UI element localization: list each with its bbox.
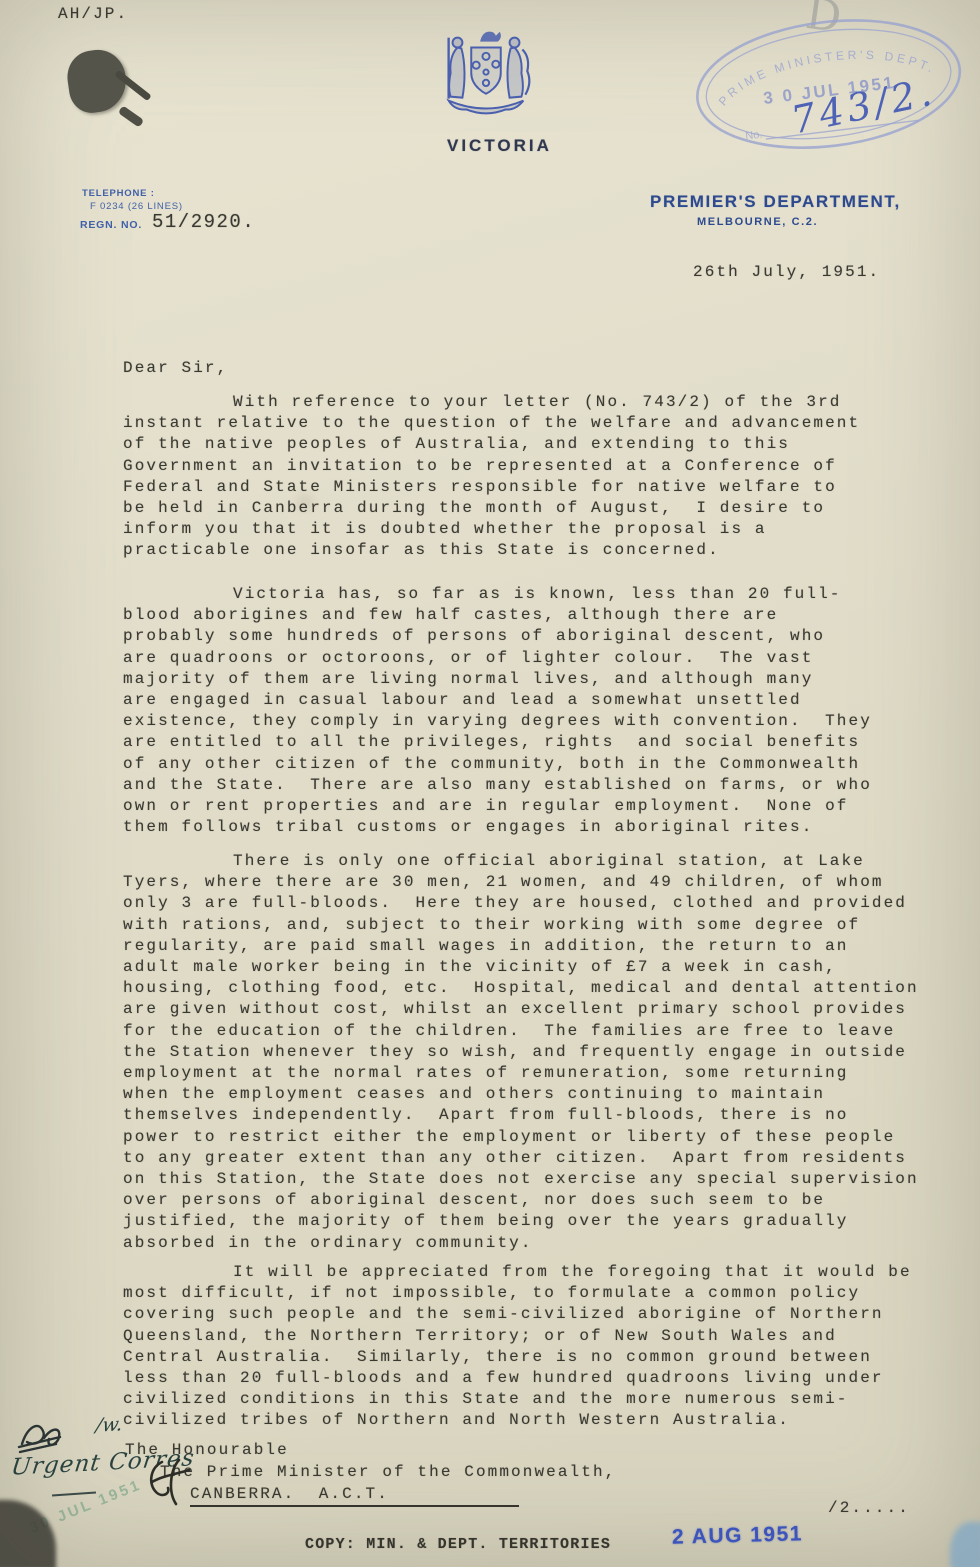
handwritten-initials: /w.	[95, 1413, 124, 1436]
addressee-prime-minister: The Prime Minister of the Commonwealth,	[160, 1462, 616, 1483]
department-city: MELBOURNE, C.2.	[697, 216, 818, 228]
paper-smudge	[300, 498, 310, 506]
corner-shadow-bottom-right	[950, 1522, 980, 1567]
copy-note: COPY: MIN. & DEPT. TERRITORIES	[305, 1536, 611, 1553]
scanned-letter-page: AH/JP. VICTORIA D	[0, 0, 980, 1567]
paragraph-3: There is only one official aboriginal st…	[123, 851, 919, 1254]
addressee-city: CANBERRA. A.C.T.	[190, 1484, 519, 1507]
department-name: PREMIER'S DEPARTMENT,	[650, 192, 901, 212]
reference-code: AH/JP.	[58, 4, 128, 25]
paragraph-1: With reference to your letter (No. 743/2…	[123, 392, 860, 562]
victoria-coat-of-arms-icon	[427, 26, 545, 133]
paper-tear-fragment	[118, 105, 144, 127]
paragraph-4: It will be appreciated from the foregoin…	[123, 1262, 912, 1432]
blue-date-stamp: 2 AUG 1951	[672, 1522, 804, 1549]
telephone-label: TELEPHONE :	[82, 188, 155, 199]
state-name: VICTORIA	[447, 136, 552, 156]
handwritten-monogram	[146, 1458, 192, 1515]
regn-value: 51/2920.	[152, 211, 255, 233]
letter-date: 26th July, 1951.	[693, 262, 880, 283]
corner-shadow-bottom-left	[0, 1500, 56, 1567]
page-marker: /2.....	[828, 1498, 910, 1519]
received-stamp: PRIME MINISTER'S DEPT. 3 0 JUL 1951 No. …	[680, 0, 977, 176]
salutation: Dear Sir,	[123, 358, 228, 379]
regn-label: REGN. NO.	[80, 219, 142, 231]
punch-hole	[64, 46, 130, 115]
stamp-number-label: No.	[745, 129, 763, 143]
paragraph-2: Victoria has, so far as is known, less t…	[123, 584, 872, 838]
